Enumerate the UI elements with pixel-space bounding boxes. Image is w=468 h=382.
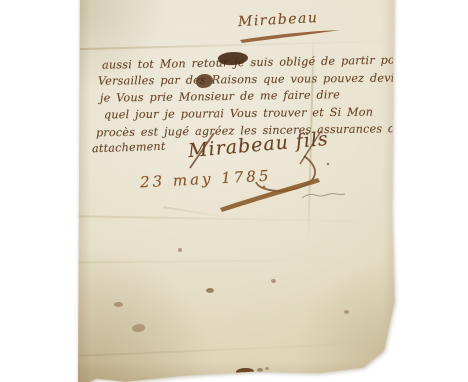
ink-spot (178, 248, 182, 252)
ink-smudge (132, 324, 145, 332)
fold-crease (78, 215, 395, 223)
letter-photograph: Mirabeau aussi tot Mon retour je suis ob… (0, 0, 468, 382)
ink-dot (327, 163, 329, 165)
ink-spot (344, 310, 349, 314)
collector-annotation: Mirabeau (238, 10, 319, 30)
ink-speck (265, 367, 269, 370)
annotation-underline (240, 30, 340, 43)
letter-paper-wrap: Mirabeau aussi tot Mon retour je suis ob… (78, 0, 395, 382)
ink-blob-bottom (236, 368, 254, 376)
ink-spot (271, 279, 276, 283)
ink-speck (257, 368, 263, 372)
ink-spot (206, 288, 214, 293)
date-line: 23 may 1785 (140, 167, 272, 192)
ink-dot (263, 186, 266, 189)
ink-spot (114, 302, 123, 307)
fold-crease (78, 259, 395, 264)
fold-crease (78, 40, 395, 50)
letter-line-6: attachement (92, 138, 166, 158)
scratch-mark (163, 206, 237, 220)
pencil-inscription (302, 194, 345, 198)
fold-crease (78, 341, 395, 357)
letter-paper: Mirabeau aussi tot Mon retour je suis ob… (78, 0, 395, 382)
